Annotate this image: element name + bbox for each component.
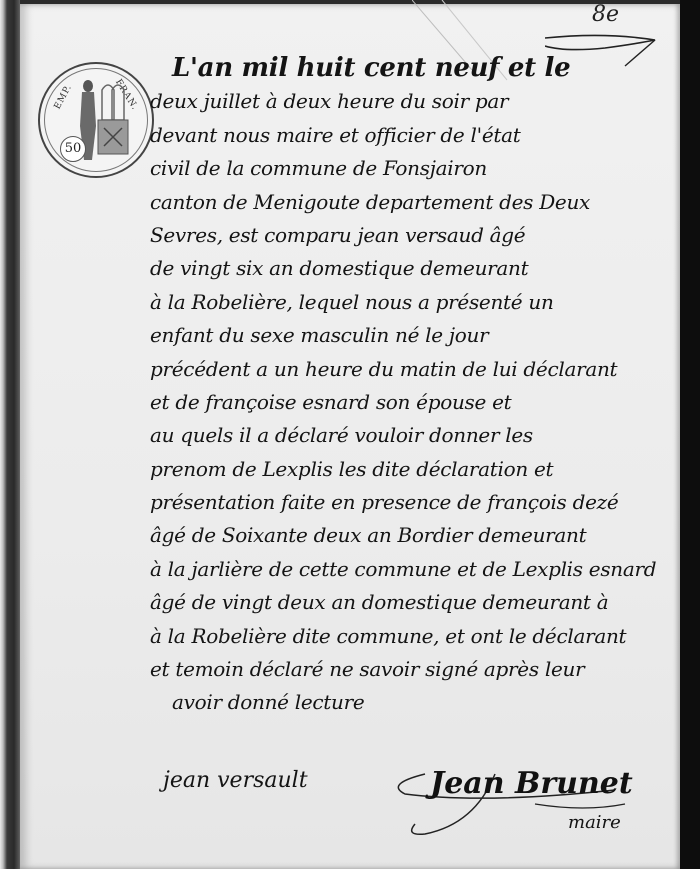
handwritten-record-body: L'an mil huit cent neuf et le deux juill… bbox=[150, 52, 680, 720]
record-line: et de françoise esnard son épouse et bbox=[150, 386, 680, 419]
record-line: enfant du sexe masculin né le jour bbox=[150, 319, 680, 352]
record-line: à la jarlière de cette commune et de Lex… bbox=[150, 553, 680, 586]
record-line: Sevres, est comparu jean versaud âgé bbox=[150, 219, 680, 252]
record-line: L'an mil huit cent neuf et le bbox=[172, 52, 680, 85]
scan-right-border bbox=[680, 0, 700, 869]
folio-number: 8e bbox=[592, 2, 619, 27]
record-line: et temoin déclaré ne savoir signé après … bbox=[150, 653, 680, 686]
tax-stamp: EMP. FRAN. 50 bbox=[38, 62, 154, 178]
record-line: présentation faite en presence de franço… bbox=[150, 486, 680, 519]
record-line: avoir donné lecture bbox=[172, 686, 680, 719]
signature-block: jean versault Jean Brunet maire bbox=[0, 768, 700, 858]
record-line: âgé de Soixante deux an Bordier demeuran… bbox=[150, 519, 680, 552]
record-line: prenom de Lexplis les dite déclaration e… bbox=[150, 453, 680, 486]
record-line: civil de la commune de Fonsjairon bbox=[150, 152, 680, 185]
record-line: précédent a un heure du matin de lui déc… bbox=[150, 353, 680, 386]
stamp-value: 50 bbox=[60, 136, 86, 162]
record-line: à la Robelière dite commune, et ont le d… bbox=[150, 620, 680, 653]
declarant-signature: jean versault bbox=[163, 768, 308, 793]
book-binding-gutter bbox=[0, 0, 22, 869]
record-line: au quels il a déclaré vouloir donner les bbox=[150, 419, 680, 452]
record-line: âgé de vingt deux an domestique demeuran… bbox=[150, 586, 680, 619]
record-line: de vingt six an domestique demeurant bbox=[150, 252, 680, 285]
record-line: canton de Menigoute departement des Deux bbox=[150, 186, 680, 219]
record-line: deux juillet à deux heure du soir par bbox=[150, 85, 680, 118]
mayor-signature: Jean Brunet bbox=[430, 766, 633, 801]
record-line: à la Robelière, lequel nous a présenté u… bbox=[150, 286, 680, 319]
mayor-title: maire bbox=[568, 812, 621, 833]
record-line: devant nous maire et officier de l'état bbox=[150, 119, 680, 152]
